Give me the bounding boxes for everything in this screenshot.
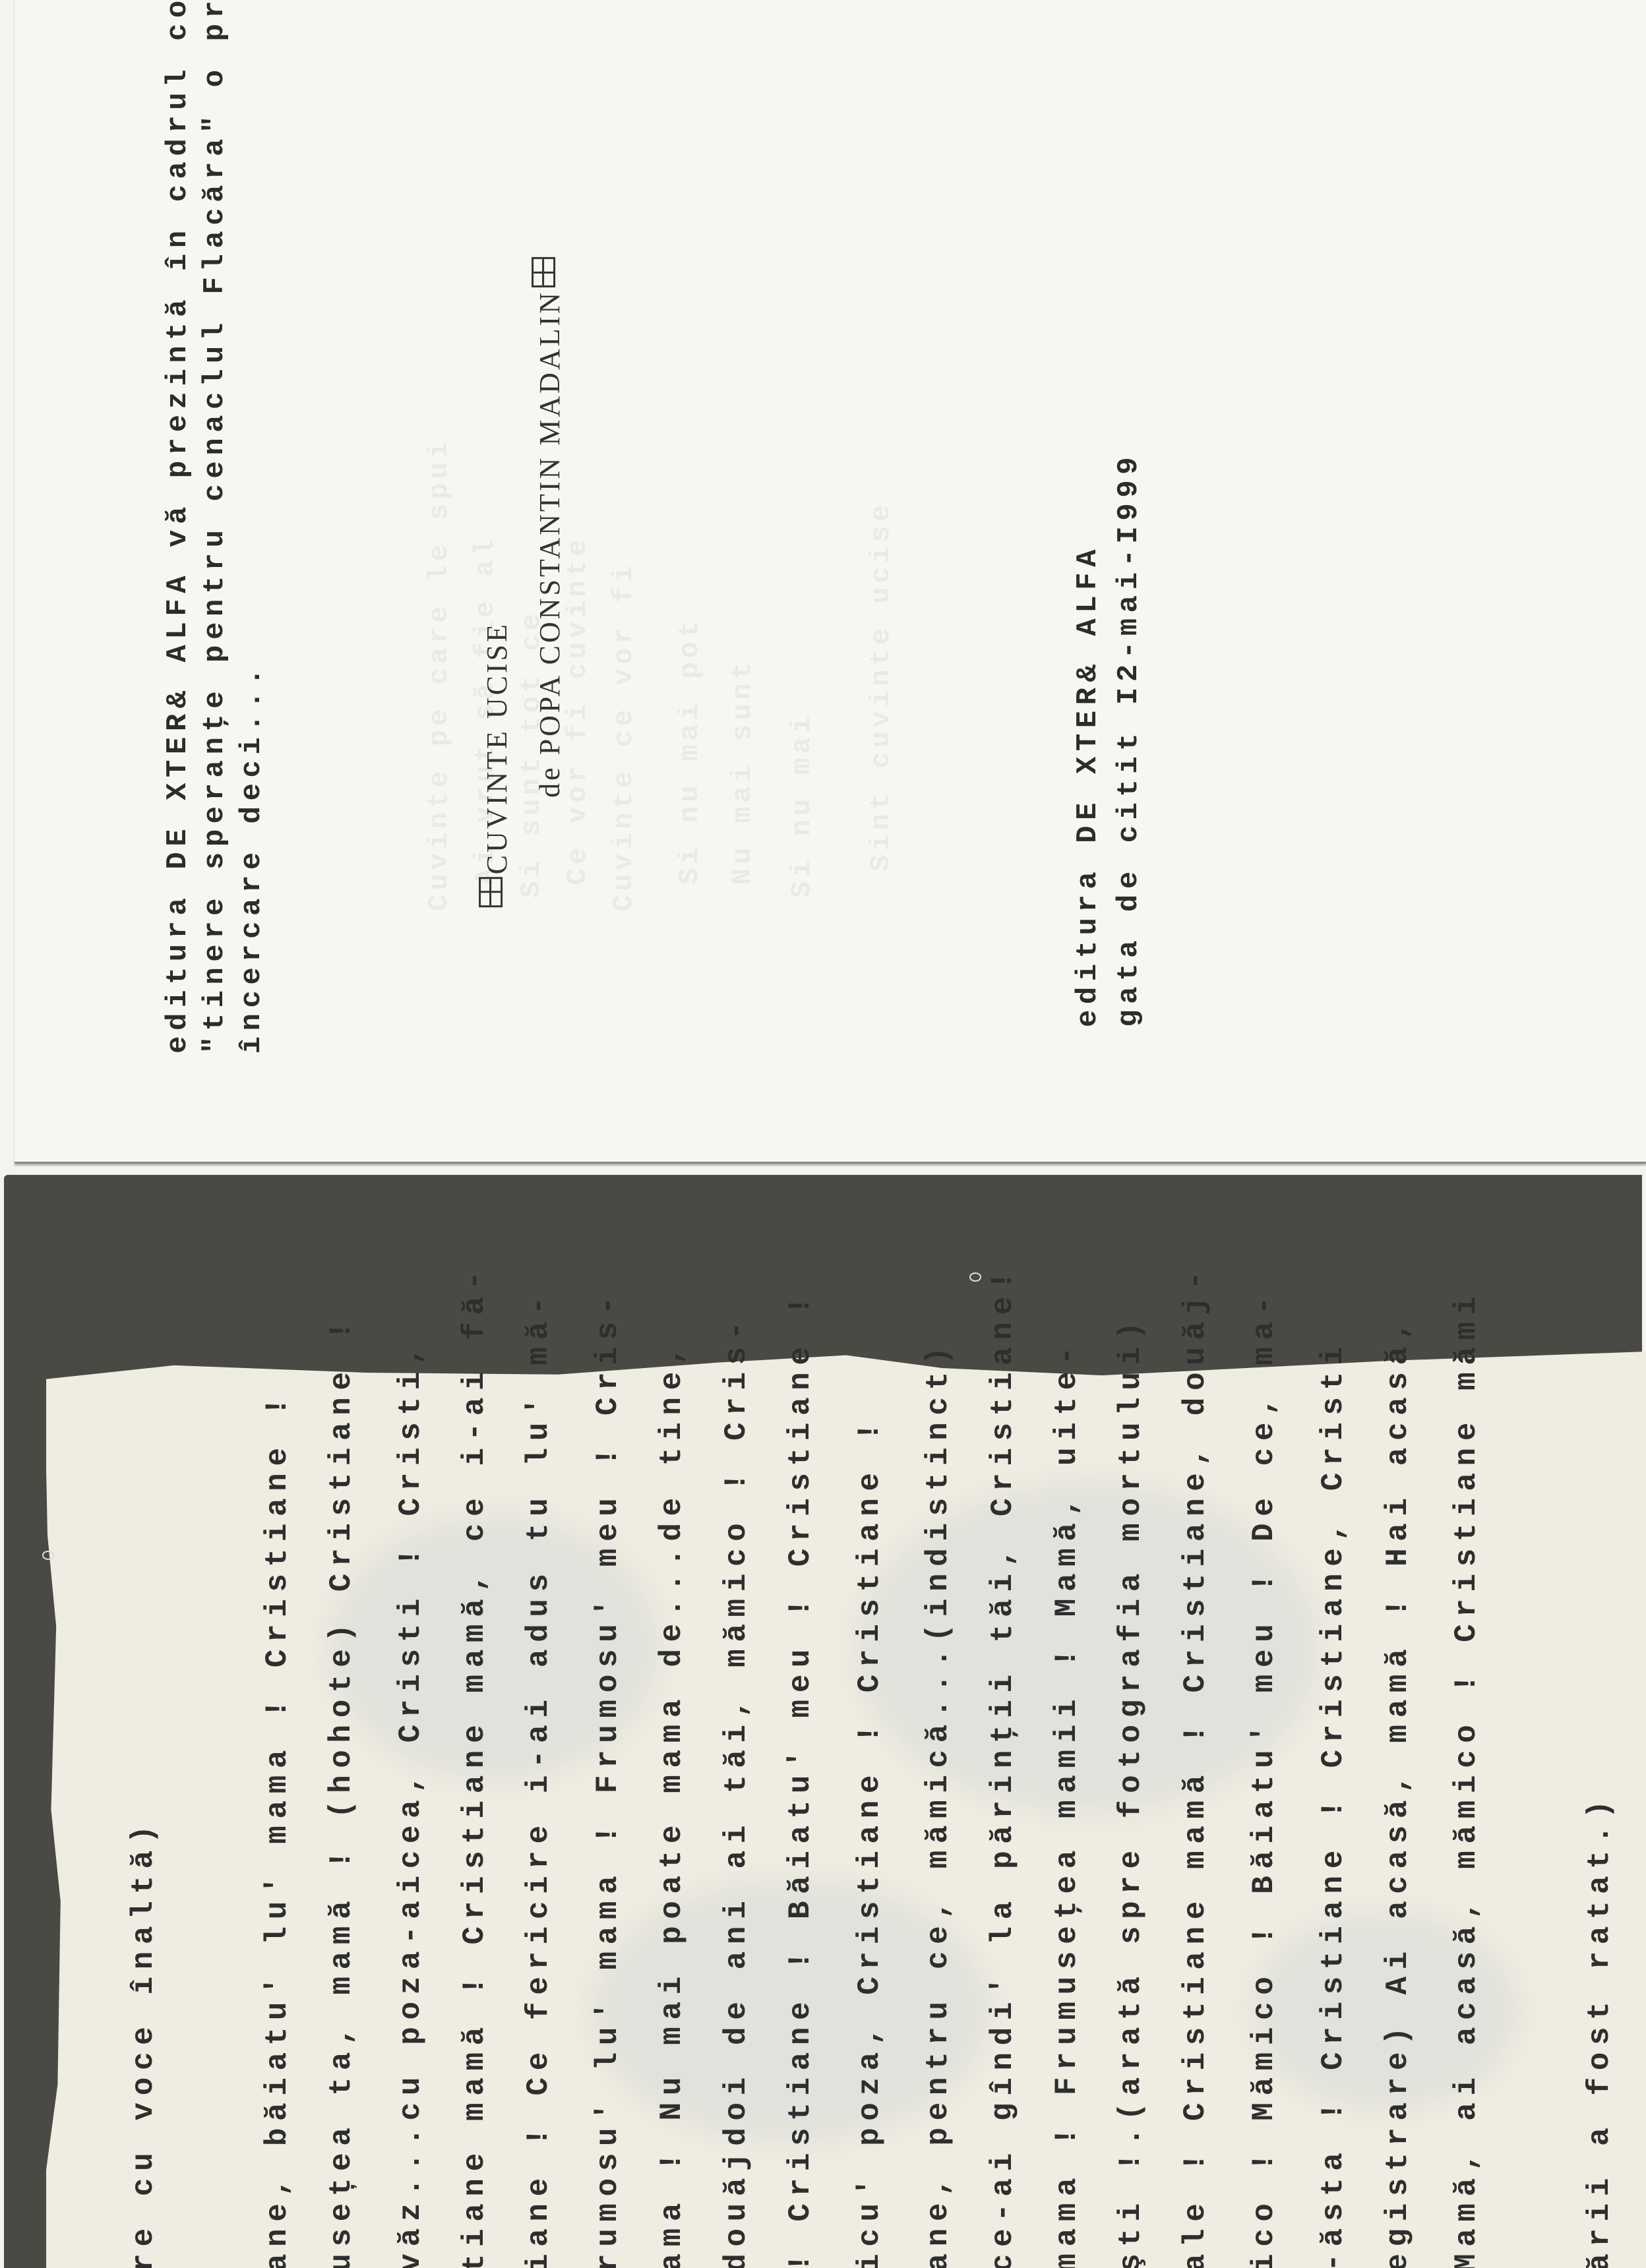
story-line: douăjdoi de ani ai tăi, mămico ! Cris- [721,1315,752,2268]
cover-intro-line-2: "tinere speranţe pentru cenaclul Flacăra… [200,0,229,1054]
story-line: rumosu' lu' mama ! Frumosu' meu ! Cris- [593,1290,623,2268]
book-author: de POPA CONSTANTIN MADALIN [532,254,564,798]
story-line: şti !.(arată spre fotografia mortului) [1116,1315,1146,2268]
box-mark-icon [479,877,503,907]
story-line: tiane mamă ! Cristiane mamă, ce i-ai fă- [460,1265,490,2268]
story-line: ării a fost ratat.) [1585,1793,1615,2268]
story-line: ama ! Nu mai poate mama de...de tine, [657,1340,687,2268]
story-line: ico ! Mămico ! Băiatu' meu ! De ce, ma- [1249,1290,1279,2268]
story-line: ale ! Cristiane mamă ! Cristiane, douăj- [1180,1265,1211,2268]
publisher-line-1: editura DE XTER& ALFA [1074,544,1103,1027]
story-line: iane ! Ce fericire i-ai adus tu lu' mă- [524,1290,554,2268]
story-line: re cu voce înaltă) [129,1818,159,2268]
story-line: Mamă, ai acasă, mămico ! Cristiane mămi [1451,1290,1482,2268]
story-line: mama ! Frumuseţea mamii ! Mamă, uite- [1052,1340,1082,2268]
story-line: ane, pentru ce, mămică...(indistinct) [923,1340,954,2268]
story-line: usețea ta, mamă ! (hohote) Cristiane ! [326,1315,357,2268]
punch-hole [42,1551,54,1560]
bleed-through-text: Nu mai sunt [727,659,758,885]
publisher-line-2: gata de citit I2-mai-I999 [1114,452,1143,1027]
bleed-through-text: Si nu mai [786,713,818,898]
bleed-through-text: Si nu mai pot [674,617,706,885]
story-line: egistrare) Ai acasă, mamă ! Hai acasă, [1383,1315,1413,2268]
story-line: icu' poza, Cristiane ! Cristiane ! [855,1416,885,2268]
bleed-through-text: Sint cuvinte ucise [865,501,897,872]
story-line: ce-ai gîndi' la părinţii tăi, Cristiane! [988,1265,1018,2268]
punch-hole [969,1272,981,1282]
story-line: ! Cristiane ! Băiatu' meu ! Cristiane ! [785,1290,816,2268]
book-title: CUVINTE UCISE [479,622,512,910]
bleed-through-text: Ce vor fi cuvinte [562,535,594,885]
story-line: văz...cu poza-aicea, Cristi ! Cristi, [396,1340,426,2268]
story-line: ane, băiatu' lu' mama ! Cristiane ! [262,1390,293,2268]
cover-intro-line-3: încercare deci... [237,663,266,1054]
cover-intro-line-1: editura DE XTER& ALFA vă prezintă în cad… [164,0,193,1054]
bleed-through-text: Cuvinte ce vor fi [608,562,640,911]
story-line: -ăsta ! Cristiane ! Cristiane, Cristi [1318,1340,1349,2268]
box-mark-icon [532,257,555,287]
bleed-through-text: Cuvinte pe care le spui [423,438,455,911]
